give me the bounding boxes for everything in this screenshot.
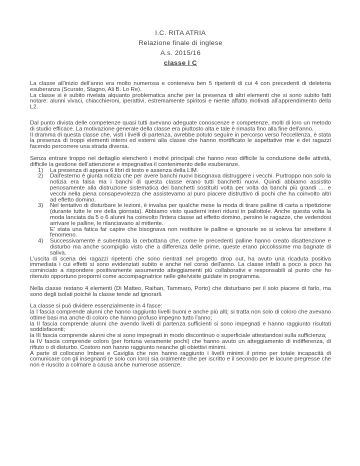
document-viewport: I.C. RITA ATRIA Relazione finale di ingl… xyxy=(0,0,360,466)
numbered-list: 1) La presenza di appena 6 libri di test… xyxy=(30,168,331,256)
list-item-3-text: Nel tentativo di disturbare le lezioni, … xyxy=(50,203,331,227)
list-item-3: 3) Nel tentativo di disturbare le lezion… xyxy=(30,203,331,238)
school-name: I.C. RITA ATRIA xyxy=(30,28,331,38)
list-item-2: 2) Dall'esterno è giunta notizia che per… xyxy=(30,174,331,203)
report-title: Relazione finale di inglese xyxy=(30,38,331,48)
paragraph-uscita: L'uscita di scena dei ragazzi ripetenti … xyxy=(30,256,331,280)
fascia-2: la II fascia comprende alunni che avendo… xyxy=(30,321,331,333)
paragraph-restano: Nella classe restano 4 elementi (Di Matt… xyxy=(30,286,331,298)
fascia-1: la I fascia comprende alunni che hanno r… xyxy=(30,310,331,322)
fascia-4: la IV fascia comprende coloro (per fortu… xyxy=(30,339,331,351)
document-header: I.C. RITA ATRIA Relazione finale di ingl… xyxy=(30,28,331,68)
list-item-4-text: Successivamente è subentrata la cerbotta… xyxy=(50,239,331,257)
list-item-3-text-2: E' stata una fatica far capire che bisog… xyxy=(50,227,331,239)
paragraph-dramma: Il dramma di questa classe che, visti i … xyxy=(30,132,331,150)
class-name: classe I C xyxy=(30,58,331,68)
paragraph-motivi-intro: Senza entrare troppo nel dettaglio elenc… xyxy=(30,156,331,168)
list-item-3-number: 3) xyxy=(38,203,50,238)
paragraph-intro-2: La classe si è subito rivelata alquanto … xyxy=(30,93,331,111)
list-item-2-number: 2) xyxy=(38,174,50,203)
paragraph-intro-1: La classe all'inizio dell'anno era molto… xyxy=(30,81,331,93)
paragraph-aparte: A parte di collocano Imbesi e Caviglia c… xyxy=(30,351,331,369)
section-gap xyxy=(30,110,331,120)
list-item-4: 4) Successivamente è subentrata la cerbo… xyxy=(30,239,331,257)
list-item-2-text: Dall'esterno è giunta notizia che per av… xyxy=(50,174,331,203)
list-item-4-number: 4) xyxy=(38,239,50,257)
document-page: I.C. RITA ATRIA Relazione finale di ingl… xyxy=(0,0,360,466)
school-year: A.s. 2015/16 xyxy=(30,48,331,58)
paragraph-competenze: Dal punto divista delle competenze quasi… xyxy=(30,120,331,132)
